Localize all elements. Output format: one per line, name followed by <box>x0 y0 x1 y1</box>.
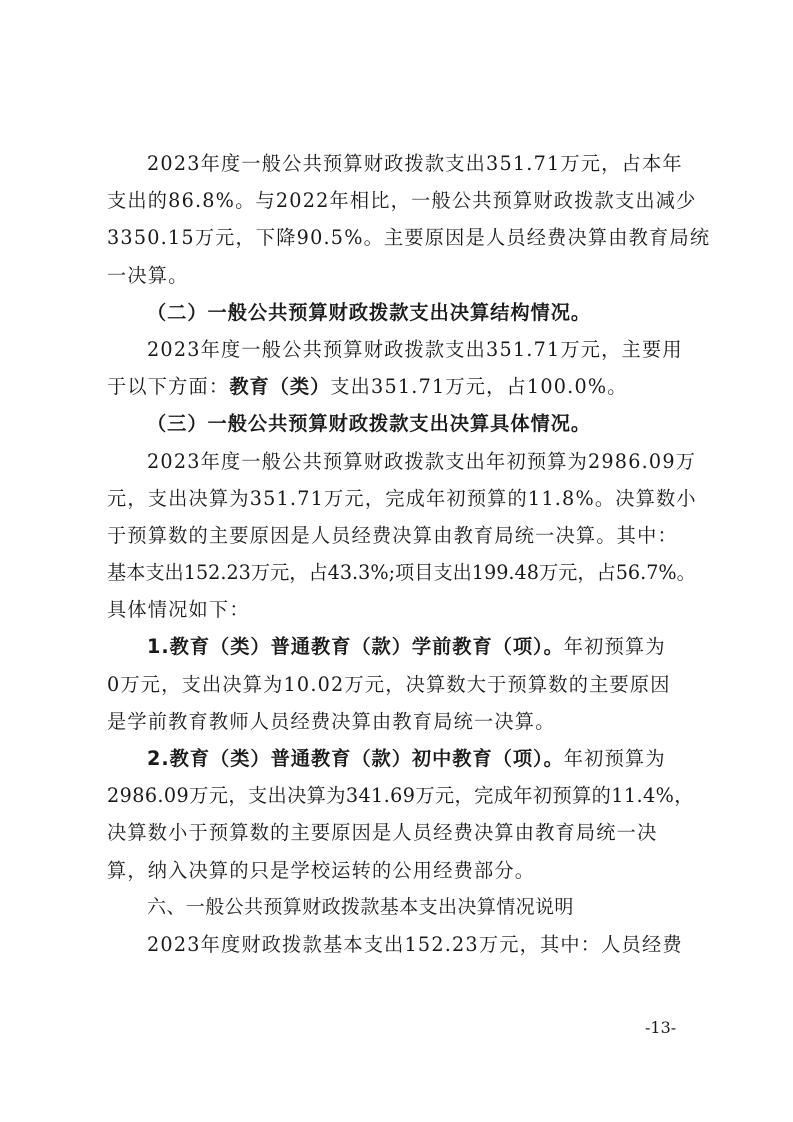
document-page: 2023年度一般公共预算财政拨款支出351.71万元，占本年 支出的86.8%。… <box>107 145 695 963</box>
paragraph-line: 0万元，支出决算为10.02万元，决算数大于预算数的主要原因 <box>107 666 695 703</box>
paragraph-line: 决算数小于预算数的主要原因是人员经费决算由教育局统一决 <box>107 814 695 851</box>
paragraph-line: 2023年度一般公共预算财政拨款支出年初预算为2986.09万 <box>107 443 695 480</box>
text-segment: 于以下方面： <box>107 375 229 398</box>
item-2-title: 2.教育（类）普通教育（款）初中教育（项）。 <box>147 747 564 770</box>
paragraph-line: 3350.15万元，下降90.5%。主要原因是人员经费决算由教育局统 <box>107 219 695 256</box>
paragraph-line: 2023年度财政拨款基本支出152.23万元，其中：人员经费 <box>107 926 695 963</box>
paragraph-line: 于预算数的主要原因是人员经费决算由教育局统一决算。其中： <box>107 517 695 554</box>
text-segment: 年初预算为 <box>564 635 666 658</box>
page-number: -13- <box>645 1018 676 1037</box>
section-heading-6: 六、一般公共预算财政拨款基本支出决算情况说明 <box>107 889 695 926</box>
paragraph-line: 一决算。 <box>107 257 695 294</box>
paragraph-line: 具体情况如下： <box>107 591 695 628</box>
paragraph-line: 元，支出决算为351.71万元，完成年初预算的11.8%。决算数小 <box>107 480 695 517</box>
item-1-line: 1.教育（类）普通教育（款）学前教育（项）。年初预算为 <box>107 628 695 665</box>
paragraph-line: 2986.09万元，支出决算为341.69万元，完成年初预算的11.4%， <box>107 777 695 814</box>
text-segment: 年初预算为 <box>564 747 666 770</box>
paragraph-line: 算，纳入决算的只是学校运转的公用经费部分。 <box>107 852 695 889</box>
bold-category: 教育（类） <box>229 375 330 398</box>
paragraph-line: 2023年度一般公共预算财政拨款支出351.71万元，主要用 <box>107 331 695 368</box>
item-2-line: 2.教育（类）普通教育（款）初中教育（项）。年初预算为 <box>107 740 695 777</box>
paragraph-line: 2023年度一般公共预算财政拨款支出351.71万元，占本年 <box>107 145 695 182</box>
section-heading-2: （二）一般公共预算财政拨款支出决算结构情况。 <box>107 294 695 331</box>
text-segment: 支出351.71万元，占100.0%。 <box>330 375 627 398</box>
section-heading-3: （三）一般公共预算财政拨款支出决算具体情况。 <box>107 405 695 442</box>
paragraph-line: 基本支出152.23万元，占43.3%;项目支出199.48万元，占56.7%。 <box>107 554 695 591</box>
item-1-title: 1.教育（类）普通教育（款）学前教育（项）。 <box>147 635 564 658</box>
paragraph-line: 支出的86.8%。与2022年相比，一般公共预算财政拨款支出减少 <box>107 182 695 219</box>
paragraph-line: 于以下方面：教育（类）支出351.71万元，占100.0%。 <box>107 368 695 405</box>
paragraph-line: 是学前教育教师人员经费决算由教育局统一决算。 <box>107 703 695 740</box>
